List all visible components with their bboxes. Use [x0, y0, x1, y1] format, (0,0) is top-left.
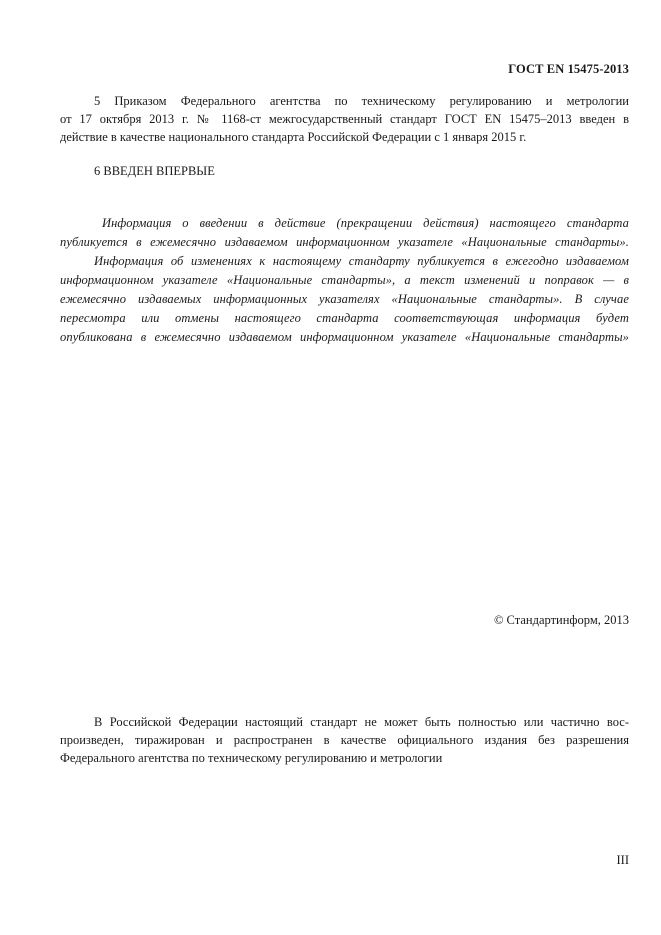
document-page: ГОСТ EN 15475-2013 5 Приказом Федерально…: [0, 0, 661, 935]
info-line: ежемесячно издаваемых информационных ука…: [60, 290, 629, 309]
section-5-line: действие в качестве национального станда…: [60, 128, 629, 146]
info-line: публикуется в ежемесячно издаваемом инфо…: [60, 233, 629, 252]
info-line: информационном указателе «Национальные с…: [60, 271, 629, 290]
info-line: опубликована в ежемесячно издаваемом инф…: [60, 328, 629, 347]
section-5-line: 5 Приказом Федерального агентства по тех…: [60, 92, 629, 110]
info-line: Информация об изменениях к настоящему ст…: [60, 252, 629, 271]
rights-line: произведен, тиражирован и распространен …: [60, 731, 629, 749]
section-6-heading: 6 ВВЕДЕН ВПЕРВЫЕ: [94, 162, 394, 180]
rights-notice-paragraph: В Российской Федерации настоящий стандар…: [60, 713, 629, 767]
section-5-paragraph: 5 Приказом Федерального агентства по тех…: [60, 92, 629, 146]
rights-line: В Российской Федерации настоящий стандар…: [60, 713, 629, 731]
rights-line: Федерального агентства по техническому р…: [60, 749, 629, 767]
info-block: Информация о введении в действие (прекра…: [60, 214, 629, 347]
page-number: III: [617, 853, 630, 868]
section-5-line: от 17 октября 2013 г. № 1168-ст межгосуд…: [60, 110, 629, 128]
info-line: пересмотра или отмены настоящего стандар…: [60, 309, 629, 328]
copyright-notice: © Стандартинформ, 2013: [494, 613, 629, 628]
info-line: Информация о введении в действие (прекра…: [60, 214, 629, 233]
standard-code-header: ГОСТ EN 15475-2013: [508, 62, 629, 77]
